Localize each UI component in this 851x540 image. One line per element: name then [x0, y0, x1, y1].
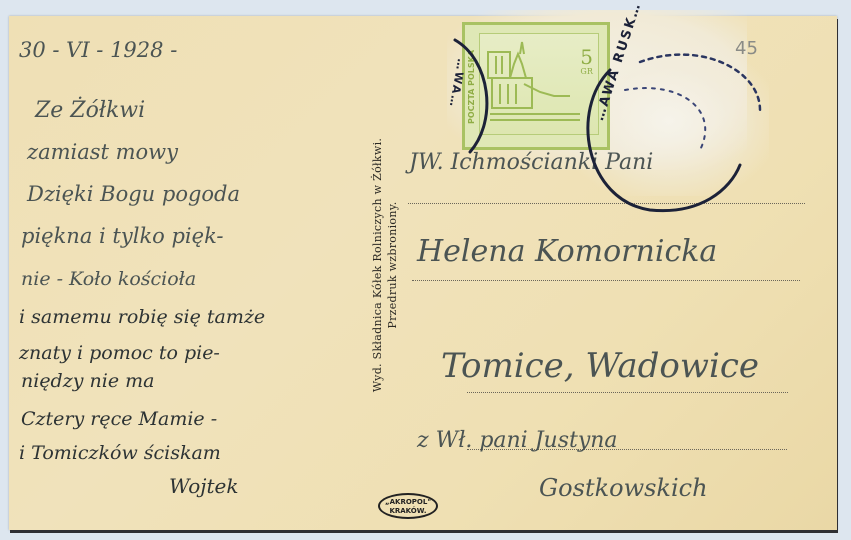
- postmark-arc-faint: [640, 55, 760, 110]
- postmark-inner-faint: [625, 88, 705, 150]
- postmark-overlay: [0, 0, 851, 540]
